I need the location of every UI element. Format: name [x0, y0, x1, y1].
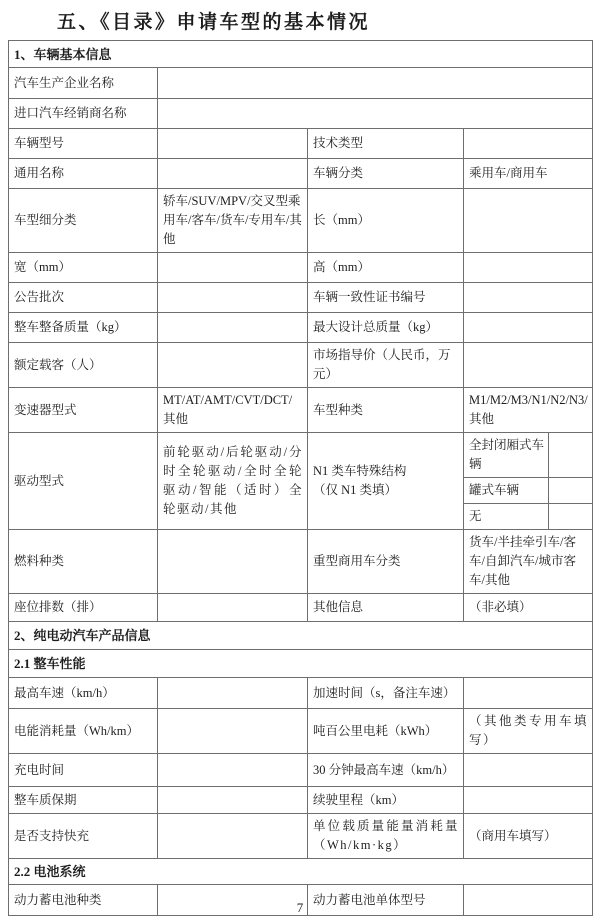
table-row: 2.1 整车性能 — [9, 650, 593, 678]
label-coc-number: 车辆一致性证书编号 — [308, 283, 464, 313]
value-seat-rows — [158, 594, 308, 622]
label-model-category: 车型种类 — [308, 388, 464, 433]
table-row: 2.2 电池系统 — [9, 859, 593, 885]
table-row: 最高车速（km/h） 加速时间（s，备注车速） — [9, 678, 593, 709]
table-row: 2、纯电动汽车产品信息 — [9, 622, 593, 650]
label-fast-charge-support: 是否支持快充 — [9, 814, 158, 859]
table-row: 公告批次 车辆一致性证书编号 — [9, 283, 593, 313]
value-n1-tank-vehicle — [549, 478, 593, 504]
label-vehicle-warranty: 整车质保期 — [9, 787, 158, 814]
table-row: 座位排数（排） 其他信息 （非必填） — [9, 594, 593, 622]
section2-2-heading: 2.2 电池系统 — [9, 859, 593, 885]
table-row: 充电时间 30 分钟最高车速（km/h） — [9, 754, 593, 787]
value-rated-passengers — [158, 343, 308, 388]
section2-heading: 2、纯电动汽车产品信息 — [9, 622, 593, 650]
table-row: 汽车生产企业名称 — [9, 68, 593, 99]
table-row: 驱动型式 前轮驱动/后轮驱动/分时全轮驱动/全时全轮驱动/智能（适时）全轮驱动/… — [9, 433, 593, 478]
label-n1-enclosed-van: 全封闭厢式车辆 — [464, 433, 549, 478]
value-announcement-batch — [158, 283, 308, 313]
value-common-name — [158, 159, 308, 189]
table-row: 宽（mm） 高（mm） — [9, 253, 593, 283]
section2-1-heading: 2.1 整车性能 — [9, 650, 593, 678]
value-fuel-type — [158, 530, 308, 594]
label-seat-rows: 座位排数（排） — [9, 594, 158, 622]
label-acceleration-time: 加速时间（s，备注车速） — [308, 678, 464, 709]
value-n1-none — [549, 504, 593, 530]
value-transmission-options: MT/AT/AMT/CVT/DCT/其他 — [158, 388, 308, 433]
value-driving-range — [464, 787, 593, 814]
table-row: 整车质保期 续驶里程（km） — [9, 787, 593, 814]
label-height: 高（mm） — [308, 253, 464, 283]
value-tech-type — [464, 129, 593, 159]
vehicle-info-table: 1、车辆基本信息 汽车生产企业名称 进口汽车经销商名称 车辆型号 技术类型 通用… — [8, 40, 593, 916]
value-other-info: （非必填） — [464, 594, 593, 622]
label-max-speed: 最高车速（km/h） — [9, 678, 158, 709]
table-row: 通用名称 车辆分类 乘用车/商用车 — [9, 159, 593, 189]
label-30min-max-speed: 30 分钟最高车速（km/h） — [308, 754, 464, 787]
value-coc-number — [464, 283, 593, 313]
value-max-speed — [158, 678, 308, 709]
value-30min-max-speed — [464, 754, 593, 787]
table-row: 整车整备质量（kg） 最大设计总质量（kg） — [9, 313, 593, 343]
table-row: 车辆型号 技术类型 — [9, 129, 593, 159]
label-length: 长（mm） — [308, 189, 464, 253]
label-vehicle-class: 车辆分类 — [308, 159, 464, 189]
label-energy-per-load-mass: 单位载质量能量消耗量（Wh/km·kg） — [308, 814, 464, 859]
label-drive-type: 驱动型式 — [9, 433, 158, 530]
label-driving-range: 续驶里程（km） — [308, 787, 464, 814]
value-market-price — [464, 343, 593, 388]
label-ton-per-100km-consumption: 吨百公里电耗（kWh） — [308, 709, 464, 754]
label-n1-special-structure: N1 类车特殊结构 （仅 N1 类填） — [308, 433, 464, 530]
page-title: 五、《目录》申请车型的基本情况 — [57, 7, 600, 34]
value-energy-consumption — [158, 709, 308, 754]
note-special-vehicle-only: （其他类专用车填写） — [464, 709, 593, 754]
value-vehicle-warranty — [158, 787, 308, 814]
label-importer: 进口汽车经销商名称 — [9, 99, 158, 129]
value-max-design-weight — [464, 313, 593, 343]
label-heavy-commercial-class: 重型商用车分类 — [308, 530, 464, 594]
value-width — [158, 253, 308, 283]
table-row: 电能消耗量（Wh/km） 吨百公里电耗（kWh） （其他类专用车填写） — [9, 709, 593, 754]
label-tech-type: 技术类型 — [308, 129, 464, 159]
value-vehicle-class: 乘用车/商用车 — [464, 159, 593, 189]
value-fast-charge-support — [158, 814, 308, 859]
value-acceleration-time — [464, 678, 593, 709]
table-row: 变速器型式 MT/AT/AMT/CVT/DCT/其他 车型种类 M1/M2/M3… — [9, 388, 593, 433]
value-model-number — [158, 129, 308, 159]
value-drive-type-options: 前轮驱动/后轮驱动/分时全轮驱动/全时全轮驱动/智能（适时）全轮驱动/其他 — [158, 433, 308, 530]
table-row: 进口汽车经销商名称 — [9, 99, 593, 129]
label-width: 宽（mm） — [9, 253, 158, 283]
value-manufacturer — [158, 68, 593, 99]
label-max-design-weight: 最大设计总质量（kg） — [308, 313, 464, 343]
label-other-info: 其他信息 — [308, 594, 464, 622]
label-announcement-batch: 公告批次 — [9, 283, 158, 313]
value-importer — [158, 99, 593, 129]
value-charging-time — [158, 754, 308, 787]
value-model-category-options: M1/M2/M3/N1/N2/N3/其他 — [464, 388, 593, 433]
label-n1-tank-vehicle: 罐式车辆 — [464, 478, 549, 504]
table-row: 车型细分类 轿车/SUV/MPV/交叉型乘用车/客车/货车/专用车/其他 长（m… — [9, 189, 593, 253]
value-length — [464, 189, 593, 253]
label-manufacturer: 汽车生产企业名称 — [9, 68, 158, 99]
label-transmission-type: 变速器型式 — [9, 388, 158, 433]
label-charging-time: 充电时间 — [9, 754, 158, 787]
value-n1-enclosed-van — [549, 433, 593, 478]
table-row: 燃料种类 重型商用车分类 货车/半挂牵引车/客车/自卸汽车/城市客车/其他 — [9, 530, 593, 594]
value-subcategory-options: 轿车/SUV/MPV/交叉型乘用车/客车/货车/专用车/其他 — [158, 189, 308, 253]
note-commercial-vehicle-only: （商用车填写） — [464, 814, 593, 859]
label-curb-weight: 整车整备质量（kg） — [9, 313, 158, 343]
label-subcategory: 车型细分类 — [9, 189, 158, 253]
label-energy-consumption: 电能消耗量（Wh/km） — [9, 709, 158, 754]
label-market-price: 市场指导价（人民币，万元） — [308, 343, 464, 388]
label-fuel-type: 燃料种类 — [9, 530, 158, 594]
page-number: 7 — [0, 900, 600, 916]
section1-heading: 1、车辆基本信息 — [9, 41, 593, 68]
value-curb-weight — [158, 313, 308, 343]
label-model-number: 车辆型号 — [9, 129, 158, 159]
table-row: 1、车辆基本信息 — [9, 41, 593, 68]
label-rated-passengers: 额定载客（人） — [9, 343, 158, 388]
label-n1-none: 无 — [464, 504, 549, 530]
value-heavy-commercial-options: 货车/半挂牵引车/客车/自卸汽车/城市客车/其他 — [464, 530, 593, 594]
value-height — [464, 253, 593, 283]
label-common-name: 通用名称 — [9, 159, 158, 189]
table-row: 额定载客（人） 市场指导价（人民币，万元） — [9, 343, 593, 388]
table-row: 是否支持快充 单位载质量能量消耗量（Wh/km·kg） （商用车填写） — [9, 814, 593, 859]
